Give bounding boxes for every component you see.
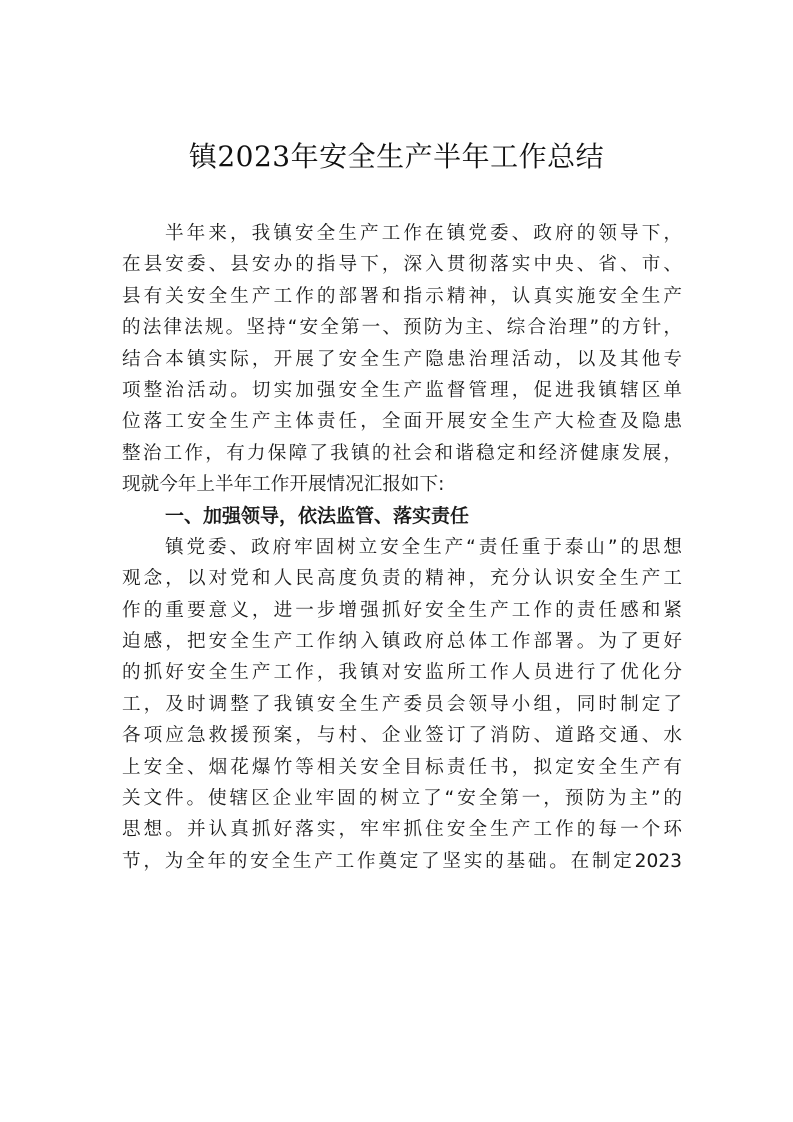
document-page: 镇2023年安全生产半年工作总结 半年来，我镇安全生产工作在镇党委、政府的领导下… — [0, 0, 793, 1122]
text-line: 思想。并认真抓好落实，牢牢抓住安全生产工作的每一个环 — [122, 814, 682, 845]
text-line: 的抓好安全生产工作，我镇对安监所工作人员进行了优化分 — [122, 657, 682, 688]
text-line: 关文件。使辖区企业牢固的树立了“安全第一，预防为主”的 — [122, 783, 682, 814]
paragraph-section-1: 镇党委、政府牢固树立安全生产“责任重于泰山”的思想 观念，以对党和人民高度负责的… — [122, 532, 682, 877]
document-title: 镇2023年安全生产半年工作总结 — [0, 137, 793, 177]
text-line: 在县安委、县安办的指导下，深入贯彻落实中央、省、市、 — [122, 249, 682, 280]
text-line: 镇党委、政府牢固树立安全生产“责任重于泰山”的思想 — [122, 532, 682, 563]
paragraph-intro: 半年来，我镇安全生产工作在镇党委、政府的领导下， 在县安委、县安办的指导下，深入… — [122, 218, 682, 501]
text-line: 各项应急救援预案，与村、企业签订了消防、道路交通、水 — [122, 720, 682, 751]
text-line: 现就今年上半年工作开展情况汇报如下: — [122, 469, 682, 500]
text-line: 上安全、烟花爆竹等相关安全目标责任书，拟定安全生产有 — [122, 752, 682, 783]
document-body: 半年来，我镇安全生产工作在镇党委、政府的领导下， 在县安委、县安办的指导下，深入… — [122, 218, 682, 877]
text-line: 整治工作，有力保障了我镇的社会和谐稳定和经济健康发展， — [122, 438, 682, 469]
text-line: 半年来，我镇安全生产工作在镇党委、政府的领导下， — [122, 218, 682, 249]
text-line: 工，及时调整了我镇安全生产委员会领导小组，同时制定了 — [122, 689, 682, 720]
text-line: 县有关安全生产工作的部署和指示精神，认真实施安全生产 — [122, 281, 682, 312]
text-line: 观念，以对党和人民高度负责的精神，充分认识安全生产工 — [122, 563, 682, 594]
text-line: 项整治活动。切实加强安全生产监督管理，促进我镇辖区单 — [122, 375, 682, 406]
text-line: 作的重要意义，进一步增强抓好安全生产工作的责任感和紧 — [122, 595, 682, 626]
text-line: 节，为全年的安全生产工作奠定了坚实的基础。在制定2023 — [122, 846, 682, 877]
text-line: 的法律法规。坚持“安全第一、预防为主、综合治理”的方针， — [122, 312, 682, 343]
text-line: 位落工安全生产主体责任，全面开展安全生产大检查及隐患 — [122, 406, 682, 437]
text-line: 迫感，把安全生产工作纳入镇政府总体工作部署。为了更好 — [122, 626, 682, 657]
text-line: 结合本镇实际，开展了安全生产隐患治理活动，以及其他专 — [122, 344, 682, 375]
section-heading-1: 一、加强领导，依法监管、落实责任 — [122, 501, 682, 532]
